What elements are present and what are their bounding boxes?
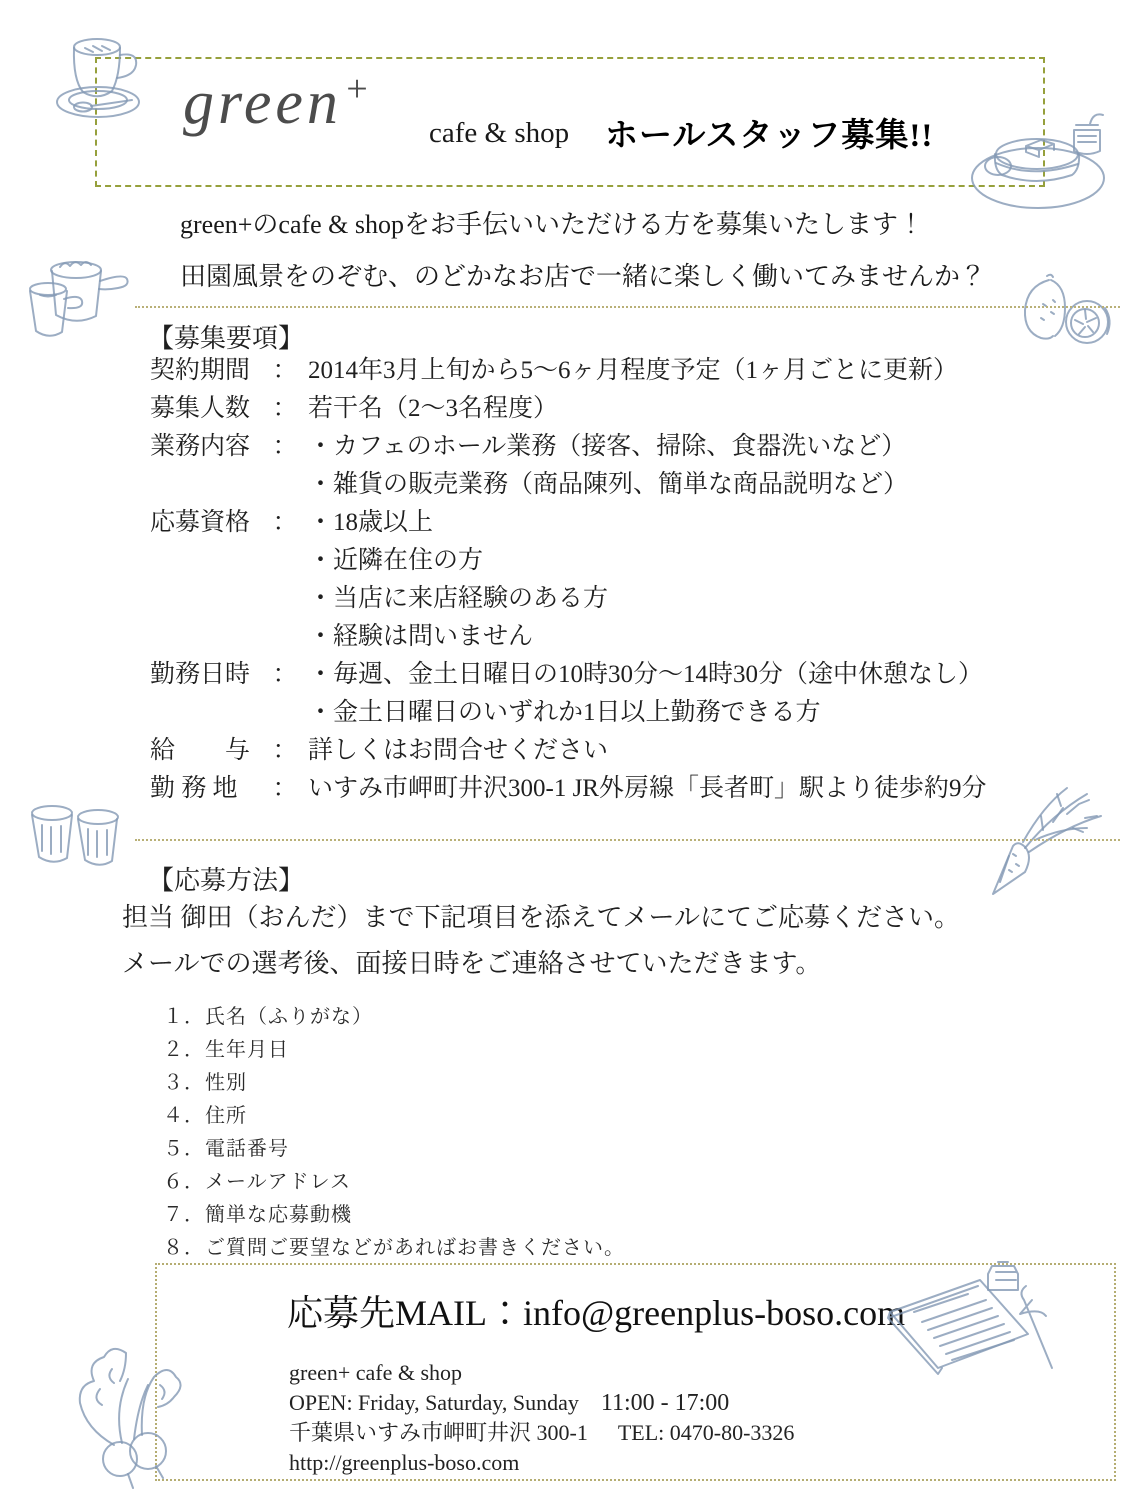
requirements-table: 契約期間 ： 2014年3月上旬から5～6ヶ月程度予定（1ヶ月ごとに更新） 募集…: [150, 352, 1010, 808]
open-label: OPEN: Friday, Saturday, Sunday: [289, 1390, 579, 1415]
list-item: ３．性別: [163, 1068, 863, 1101]
application-heading: 【応募方法】: [148, 860, 304, 897]
row-label: 給 与: [150, 732, 262, 770]
application-item-list: １．氏名（ふりがな） ２．生年月日 ３．性別 ４．住所 ５．電話番号 ６．メール…: [163, 1002, 863, 1266]
brand-logo-text: green: [183, 69, 342, 137]
table-row: 募集人数 ： 若干名（2～3名程度）: [150, 390, 1010, 428]
row-value: ・雑貨の販売業務（商品陳列、簡単な商品説明など）: [308, 466, 1010, 504]
lemons-icon: [1013, 270, 1117, 368]
row-label: 応募資格: [150, 504, 262, 542]
list-item: ５．電話番号: [163, 1134, 863, 1167]
row-label: 勤務日時: [150, 656, 262, 694]
row-value: ・18歳以上: [308, 504, 1010, 542]
radish-icon: [56, 1333, 190, 1500]
list-item: １．氏名（ふりがな）: [163, 1002, 863, 1035]
table-row: 勤 務 地 ： いすみ市岬町井沢300-1 JR外房線「長者町」駅より徒歩約9分: [150, 770, 1010, 808]
row-value: 2014年3月上旬から5～6ヶ月程度予定（1ヶ月ごとに更新）: [308, 352, 1010, 390]
requirements-heading: 【募集要項】: [148, 318, 304, 355]
glasses-icon: [20, 793, 128, 877]
table-row: 業務内容 ： ・カフェのホール業務（接客、掃除、食器洗いなど） ・雑貨の販売業務…: [150, 428, 1010, 504]
table-row: 応募資格 ： ・18歳以上 ・近隣在住の方 ・当店に来店経験のある方 ・経験は問…: [150, 504, 1010, 656]
row-colon: ：: [262, 656, 308, 694]
row-label: 募集人数: [150, 390, 262, 428]
page-title: ホールスタッフ募集!!: [605, 109, 933, 156]
notepad-icon: [880, 1256, 1058, 1394]
row-value: ・近隣在住の方: [308, 542, 1010, 580]
header-box: green+ cafe & shop ホールスタッフ募集!!: [95, 57, 1045, 187]
coffee-cup-icon: [44, 26, 156, 126]
row-colon: ：: [262, 732, 308, 770]
row-label: 勤 務 地: [150, 770, 262, 808]
row-colon: ：: [262, 770, 308, 808]
table-row: 勤務日時 ： ・毎週、金土日曜日の10時30分～14時30分（途中休憩なし） ・…: [150, 656, 1010, 732]
divider-bottom: [135, 839, 1120, 841]
saucepan-icon: [4, 243, 130, 361]
open-hours: 11:00 - 17:00: [601, 1390, 729, 1416]
list-item: ６．メールアドレス: [163, 1167, 863, 1200]
row-value: ・当店に来店経験のある方: [308, 580, 1010, 618]
intro-text: green+のcafe & shopをお手伝いいただける方を募集いたします！ 田…: [180, 205, 1060, 309]
open-hours-line: OPEN: Friday, Saturday, Sunday11:00 - 17…: [289, 1389, 794, 1419]
flyer-page: green+ cafe & shop ホールスタッフ募集!!: [0, 0, 1125, 1500]
list-item: ７．簡単な応募動機: [163, 1200, 863, 1233]
list-item: ２．生年月日: [163, 1035, 863, 1068]
row-colon: ：: [262, 352, 308, 390]
row-colon: ：: [262, 428, 308, 466]
shop-name: green+ cafe & shop: [289, 1359, 794, 1389]
row-value: ・カフェのホール業務（接客、掃除、食器洗いなど）: [308, 428, 1010, 466]
table-row: 契約期間 ： 2014年3月上旬から5～6ヶ月程度予定（1ヶ月ごとに更新）: [150, 352, 1010, 390]
row-value: ・金土日曜日のいずれか1日以上勤務できる方: [308, 694, 1010, 732]
row-value: いすみ市岬町井沢300-1 JR外房線「長者町」駅より徒歩約9分: [308, 770, 1010, 808]
application-line-1: 担当 御田（おんだ）まで下記項目を添えてメールにてご応募ください。: [122, 898, 1022, 944]
header-subtitle: cafe & shop: [429, 117, 569, 150]
address: 千葉県いすみ市岬町井沢 300-1: [289, 1420, 588, 1445]
application-line-2: メールでの選考後、面接日時をご連絡させていただきます。: [122, 944, 1022, 990]
address-line: 千葉県いすみ市岬町井沢 300-1TEL: 0470-80-3326: [289, 1419, 794, 1449]
row-value: 詳しくはお問合せください: [308, 732, 1010, 770]
website-url: http://greenplus-boso.com: [289, 1449, 794, 1479]
row-value: ・経験は問いません: [308, 618, 1010, 656]
intro-line-2: 田園風景をのぞむ、のどかなお店で一緒に楽しく働いてみませんか？: [180, 257, 1060, 309]
carrot-icon: [983, 770, 1123, 902]
intro-line-1: green+のcafe & shopをお手伝いいただける方を募集いたします！: [180, 205, 1060, 257]
telephone: TEL: 0470-80-3326: [618, 1420, 795, 1445]
list-item: ４．住所: [163, 1101, 863, 1134]
brand-logo-plus: +: [344, 68, 374, 110]
row-colon: ：: [262, 504, 308, 542]
table-row: 給 与 ： 詳しくはお問合せください: [150, 732, 1010, 770]
list-item: ８．ご質問ご要望などがあればお書きください。: [163, 1233, 863, 1266]
application-email: 応募先MAIL：info@greenplus-boso.com: [287, 1285, 905, 1336]
row-label: 契約期間: [150, 352, 262, 390]
row-value: ・毎週、金土日曜日の10時30分～14時30分（途中休憩なし）: [308, 656, 1010, 694]
brand-logo: green+: [183, 67, 374, 139]
row-value: 若干名（2～3名程度）: [308, 390, 1010, 428]
shop-info: green+ cafe & shop OPEN: Friday, Saturda…: [289, 1359, 794, 1479]
row-colon: ：: [262, 390, 308, 428]
row-label: 業務内容: [150, 428, 262, 466]
application-text: 担当 御田（おんだ）まで下記項目を添えてメールにてご応募ください。 メールでの選…: [122, 898, 1022, 990]
divider-top: [135, 306, 1120, 308]
